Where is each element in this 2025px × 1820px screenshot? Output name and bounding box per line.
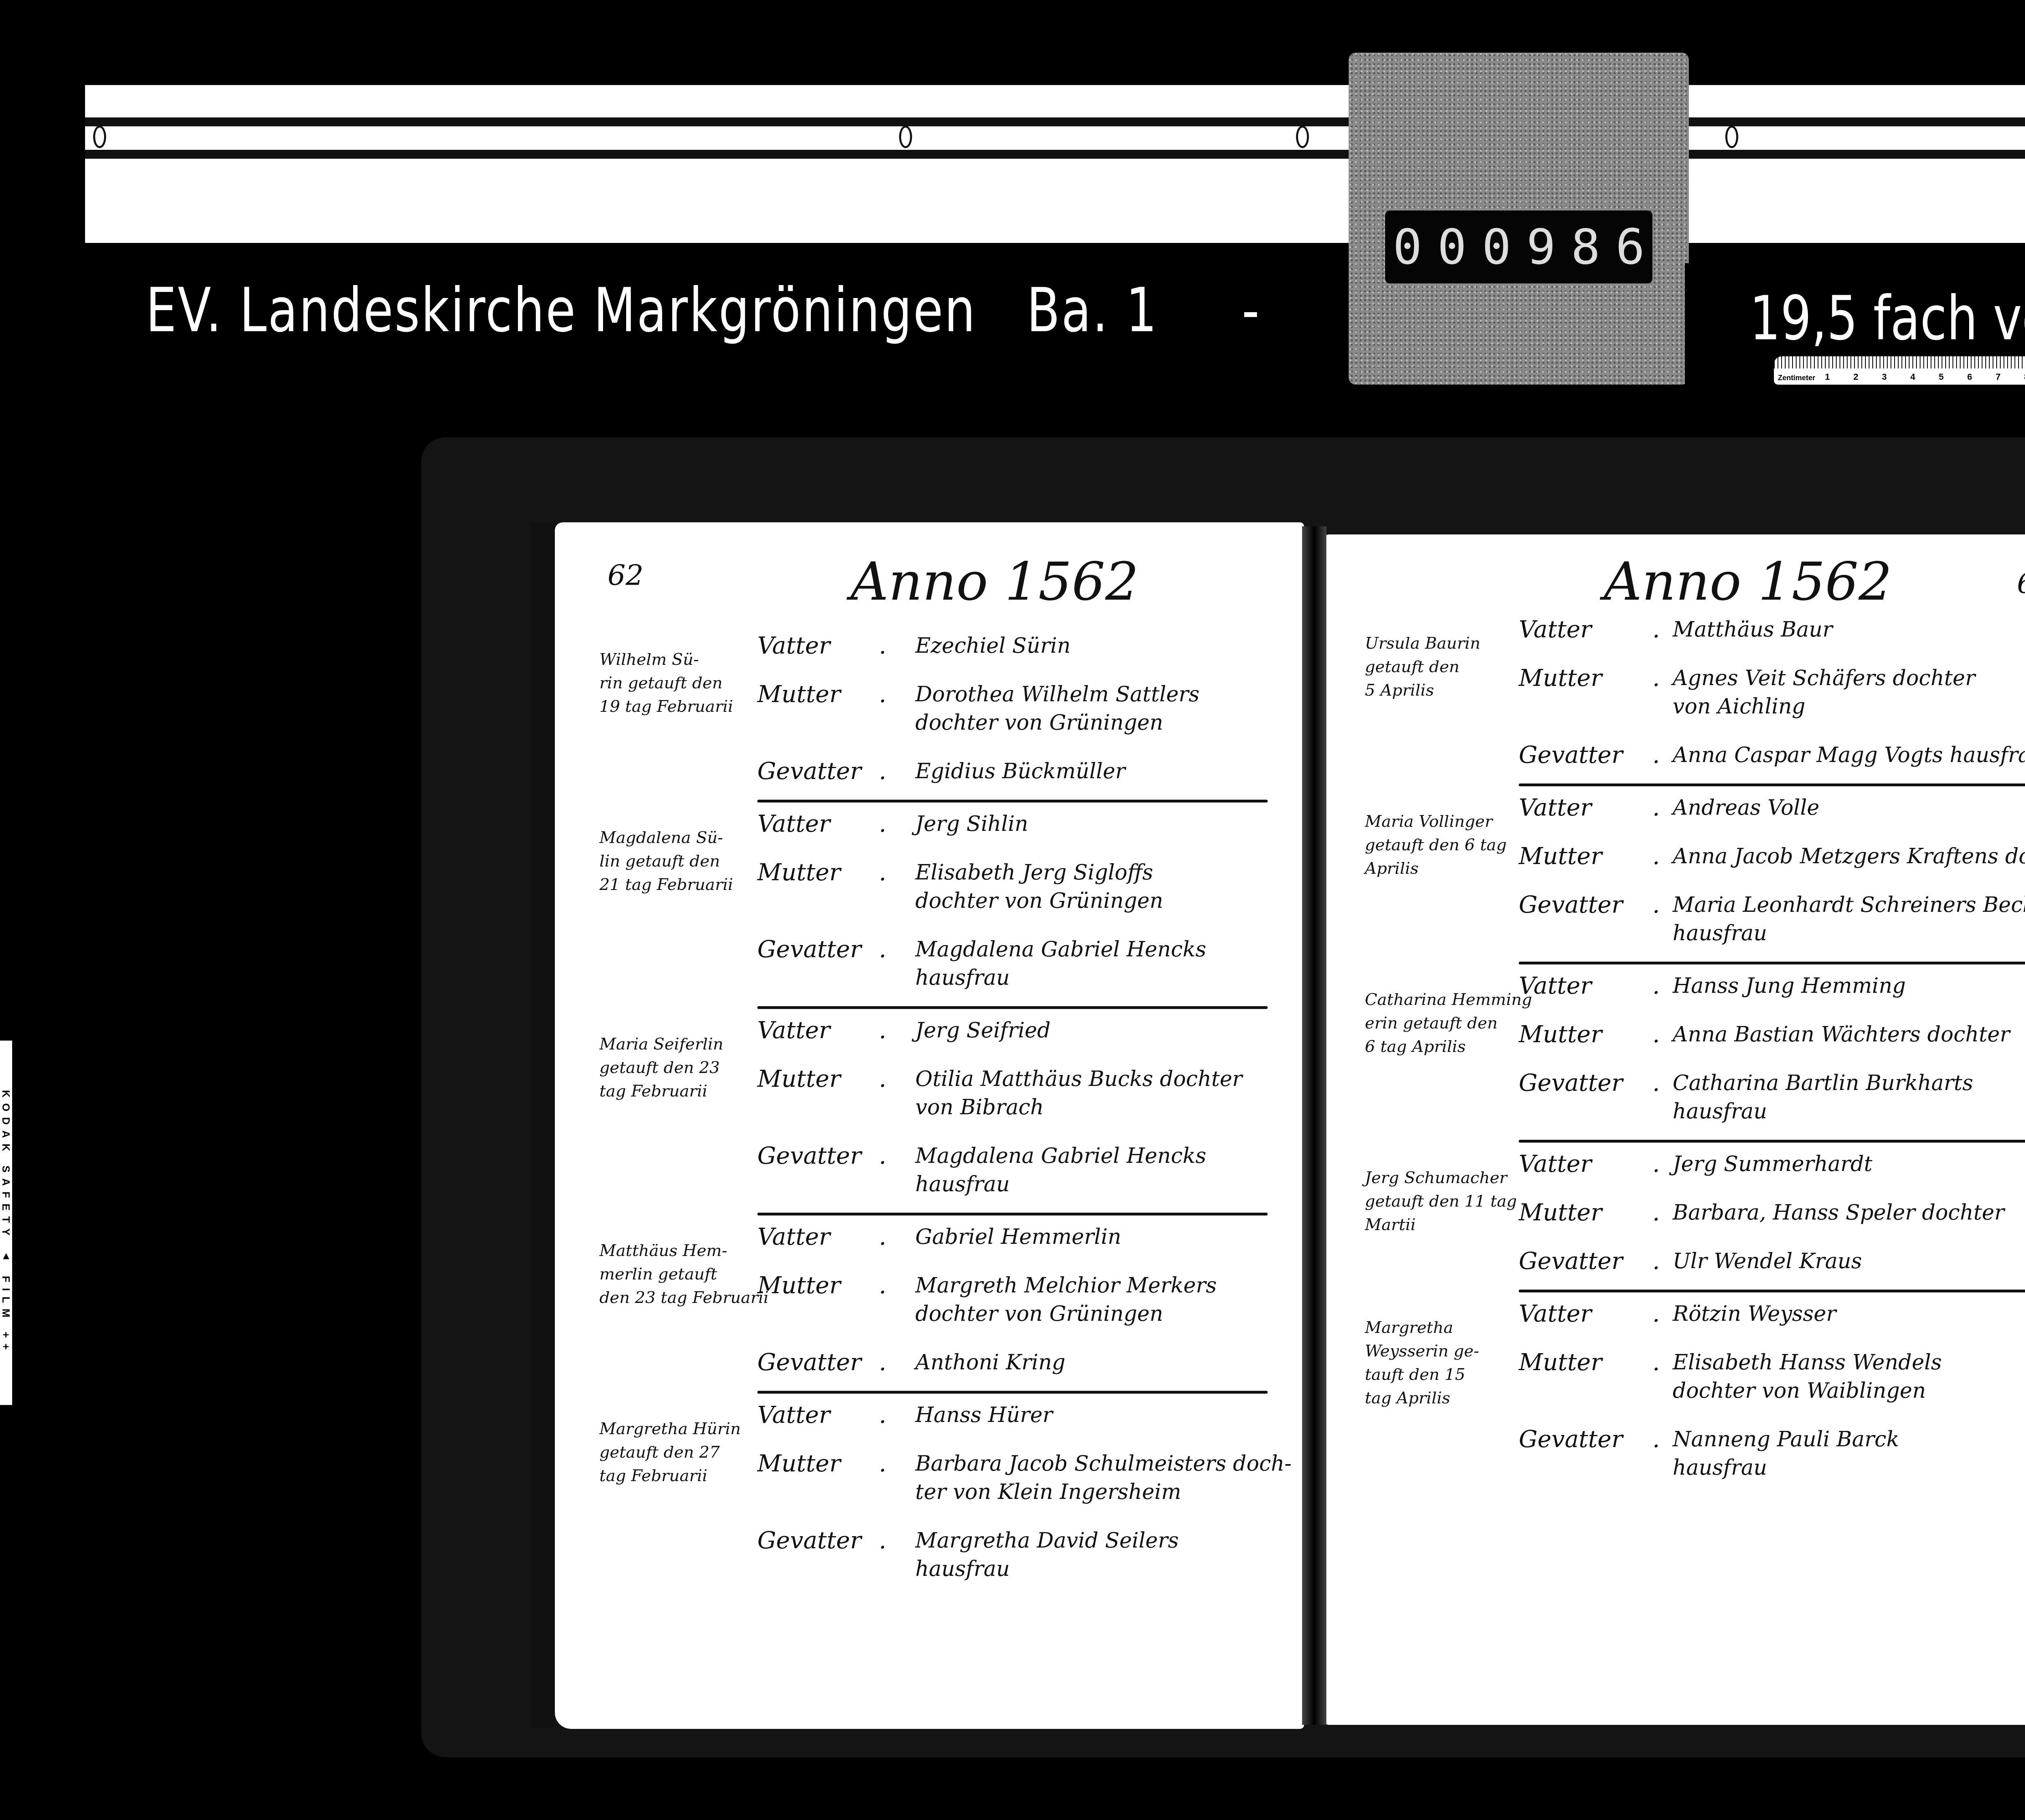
separator-dot: . — [1652, 842, 1660, 870]
centimeter-ruler: Zentimeter 1 2 3 4 5 6 7 8 — [1774, 356, 2025, 385]
register-role-label: Vatter — [1519, 1300, 1592, 1327]
film-top-rail-right — [1677, 85, 2025, 243]
register-role-label: Mutter — [1519, 842, 1602, 870]
register-name: Elisabeth Hanss Wendels dochter von Waib… — [1673, 1348, 1942, 1405]
entry-separator-line — [1519, 1140, 2025, 1143]
register-role-label: Mutter — [1519, 664, 1602, 692]
register-role-label: Gevatter — [757, 1348, 861, 1376]
counter-digit: 0 — [1437, 219, 1467, 275]
register-role-label: Gevatter — [757, 935, 861, 963]
separator-dot: . — [1652, 1247, 1660, 1275]
separator-dot: . — [1652, 615, 1660, 643]
register-role-label: Vatter — [757, 1016, 830, 1044]
register-name: Magdalena Gabriel Hencks hausfrau — [915, 935, 1206, 992]
sprocket-hole-icon — [93, 126, 106, 148]
separator-dot: . — [1652, 1425, 1660, 1453]
register-name: Egidius Bückmüller — [915, 757, 1125, 785]
separator-dot: . — [1652, 794, 1660, 821]
register-role-label: Vatter — [757, 1223, 830, 1250]
entry-separator-line — [757, 800, 1268, 803]
separator-dot: . — [879, 1223, 886, 1250]
entry-separator-line — [1519, 1290, 2025, 1292]
counter-digit: 6 — [1616, 219, 1645, 275]
register-name: Maria Leonhardt Schreiners Beck hausfrau — [1673, 891, 2025, 947]
rail-line — [1677, 117, 2025, 126]
register-role-label: Mutter — [757, 680, 840, 708]
separator-dot: . — [879, 935, 886, 963]
register-name: Jerg Summerhardt — [1673, 1150, 1872, 1178]
counter-digit: 8 — [1571, 219, 1600, 275]
register-name: Rötzin Weysser — [1673, 1300, 1836, 1328]
ruler-tick-label: 5 — [1939, 372, 1944, 382]
separator-dot: . — [879, 632, 886, 659]
archive-name: EV. Landeskirche Markgröningen — [146, 275, 976, 346]
separator-dot: . — [879, 1348, 886, 1376]
volume-label: Ba. 1 — [1027, 275, 1158, 346]
baptism-note: Ursula Baurin getauft den 5 Aprilis — [1365, 632, 1480, 702]
separator-dot: . — [879, 1142, 886, 1169]
register-name: Jerg Seifried — [915, 1016, 1051, 1045]
register-name: Margretha David Seilers hausfrau — [915, 1526, 1179, 1583]
register-name: Elisabeth Jerg Sigloffs dochter von Grün… — [915, 858, 1163, 915]
register-role-label: Mutter — [1519, 1020, 1602, 1048]
book-left-edge — [531, 522, 555, 1729]
separator-dot: . — [879, 1526, 886, 1554]
entry-separator-line — [1519, 783, 2025, 786]
separator-dot: . — [879, 1016, 886, 1044]
separator-dot: . — [879, 1271, 886, 1299]
register-role-label: Gevatter — [757, 1142, 861, 1169]
register-role-label: Gevatter — [1519, 891, 1623, 918]
ruler-tick-label: 4 — [1910, 372, 1915, 382]
label-dash: - — [1242, 275, 1261, 346]
ruler-tick-label: 3 — [1882, 372, 1887, 382]
register-name: Otilia Matthäus Bucks dochter von Bibrac… — [915, 1065, 1242, 1122]
register-role-label: Gevatter — [1519, 1069, 1623, 1096]
ruler-tick-label: 2 — [1853, 372, 1858, 382]
entry-separator-line — [757, 1391, 1268, 1394]
register-name: Ulr Wendel Kraus — [1673, 1247, 1862, 1275]
page-number: 62 — [607, 559, 644, 592]
archive-label: EV. Landeskirche Markgröningen Ba. 1 - — [146, 275, 1261, 346]
baptism-note: Wilhelm Sü- rin getauft den 19 tag Febru… — [599, 648, 733, 718]
register-name: Andreas Volle — [1673, 794, 1819, 822]
separator-dot: . — [879, 757, 886, 785]
register-name: Anna Jacob Metzgers Kraftens dochter — [1673, 842, 2025, 871]
ruler-tick-label: 1 — [1825, 372, 1830, 382]
entry-separator-line — [757, 1006, 1268, 1009]
baptism-note: Maria Seiferlin getauft den 23 tag Febru… — [599, 1032, 723, 1103]
counter-digit: 9 — [1526, 219, 1556, 275]
baptism-note: Margretha Weysserin ge- tauft den 15 tag… — [1365, 1316, 1479, 1410]
register-name: Jerg Sihlin — [915, 810, 1028, 838]
register-role-label: Mutter — [757, 1271, 840, 1299]
sprocket-hole-icon — [1725, 126, 1738, 148]
separator-dot: . — [1652, 1348, 1660, 1376]
register-role-label: Vatter — [757, 632, 830, 659]
ruler-unit-label: Zentimeter — [1778, 374, 1815, 382]
register-role-label: Gevatter — [757, 1526, 861, 1554]
register-role-label: Gevatter — [1519, 741, 1623, 768]
rail-line — [85, 117, 1357, 126]
entry-separator-line — [757, 1213, 1268, 1215]
ruler-tick-label: 6 — [1967, 372, 1972, 382]
register-name: Dorothea Wilhelm Sattlers dochter von Gr… — [915, 680, 1200, 737]
register-role-label: Mutter — [1519, 1198, 1602, 1226]
register-name: Agnes Veit Schäfers dochter von Aichling — [1673, 664, 1975, 721]
separator-dot: . — [1652, 664, 1660, 692]
ruler-tick-label: 7 — [1996, 372, 2001, 382]
register-role-label: Vatter — [757, 810, 830, 837]
register-role-label: Vatter — [1519, 1150, 1592, 1177]
separator-dot: . — [879, 1401, 886, 1428]
baptism-note: Margretha Hürin getauft den 27 tag Febru… — [599, 1417, 741, 1488]
page-number: 63 — [2017, 567, 2025, 600]
register-name: Nanneng Pauli Barck hausfrau — [1673, 1425, 1899, 1482]
page-heading: Anno 1562 — [850, 551, 1139, 612]
reduction-label: 19,5 fach verkl. — [1750, 283, 2025, 354]
register-name: Catharina Bartlin Burkharts hausfrau — [1673, 1069, 1973, 1126]
register-role-label: Mutter — [757, 1450, 840, 1477]
register-name: Hanss Hürer — [915, 1401, 1053, 1429]
separator-dot: . — [1652, 1069, 1660, 1096]
register-name: Gabriel Hemmerlin — [915, 1223, 1121, 1251]
register-name: Hanss Jung Hemming — [1673, 972, 1906, 1000]
register-role-label: Vatter — [1519, 972, 1592, 999]
register-name: Margreth Melchior Merkers dochter von Gr… — [915, 1271, 1217, 1328]
register-role-label: Gevatter — [757, 757, 861, 785]
frame-counter-display: 0 0 0 9 8 6 — [1385, 211, 1652, 283]
register-name: Matthäus Baur — [1673, 615, 1833, 644]
register-name: Anna Bastian Wächters dochter — [1673, 1020, 2010, 1049]
separator-dot: . — [1652, 972, 1660, 999]
register-name: Anthoni Kring — [915, 1348, 1066, 1377]
register-name: Magdalena Gabriel Hencks hausfrau — [915, 1142, 1206, 1198]
counter-digit: 0 — [1393, 219, 1422, 275]
sprocket-hole-icon — [899, 126, 912, 148]
register-role-label: Vatter — [1519, 794, 1592, 821]
register-role-label: Vatter — [1519, 615, 1592, 643]
register-name: Barbara Jacob Schulmeisters doch- ter vo… — [915, 1450, 1292, 1506]
register-role-label: Gevatter — [1519, 1247, 1623, 1275]
film-top-rail-left — [85, 85, 1357, 243]
rail-line — [1677, 150, 2025, 159]
film-edge-marking: KODAK SAFETY ▲ FILM ++ — [0, 1041, 12, 1405]
baptism-note: Matthäus Hem- merlin getauft den 23 tag … — [599, 1239, 769, 1309]
baptism-note: Maria Vollinger getauft den 6 tag Aprili… — [1365, 810, 1507, 880]
separator-dot: . — [879, 810, 886, 837]
separator-dot: . — [1652, 891, 1660, 918]
register-role-label: Gevatter — [1519, 1425, 1623, 1453]
register-name: Barbara, Hanss Speler dochter — [1673, 1198, 2004, 1227]
sprocket-hole-icon — [1296, 126, 1309, 148]
baptism-note: Magdalena Sü- lin getauft den 21 tag Feb… — [599, 826, 733, 896]
register-role-label: Mutter — [757, 858, 840, 886]
book-gutter — [1302, 526, 1326, 1725]
separator-dot: . — [1652, 741, 1660, 768]
separator-dot: . — [879, 1450, 886, 1477]
separator-dot: . — [879, 680, 886, 708]
register-role-label: Vatter — [757, 1401, 830, 1428]
register-role-label: Mutter — [1519, 1348, 1602, 1376]
counter-digit: 0 — [1482, 219, 1511, 275]
separator-dot: . — [1652, 1198, 1660, 1226]
separator-dot: . — [1652, 1020, 1660, 1048]
entry-separator-line — [1519, 962, 2025, 964]
baptism-note: Catharina Hemming erin getauft den 6 tag… — [1365, 988, 1532, 1058]
separator-dot: . — [1652, 1150, 1660, 1177]
rail-line — [85, 150, 1357, 159]
register-name: Anna Caspar Magg Vogts hausfrau — [1673, 741, 2025, 769]
register-role-label: Mutter — [757, 1065, 840, 1092]
separator-dot: . — [1652, 1300, 1660, 1327]
separator-dot: . — [879, 858, 886, 886]
baptism-note: Jerg Schumacher getauft den 11 tag Marti… — [1365, 1166, 1517, 1237]
separator-dot: . — [879, 1065, 886, 1092]
page-heading: Anno 1562 — [1604, 551, 1892, 612]
register-name: Ezechiel Sürin — [915, 632, 1070, 660]
